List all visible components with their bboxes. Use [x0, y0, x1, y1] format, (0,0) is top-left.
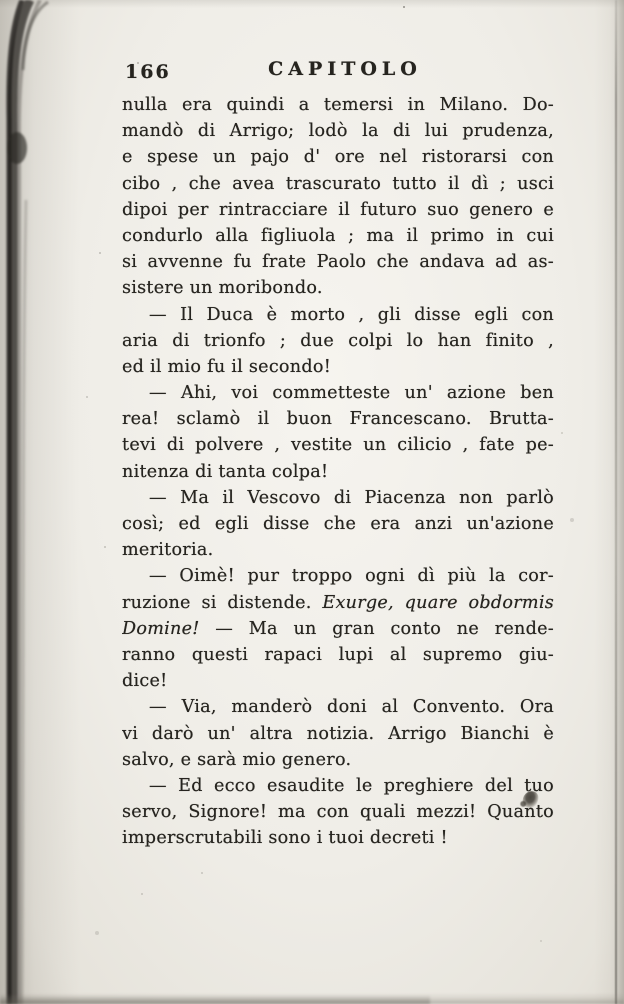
chapter-title: CAPITOLO: [122, 58, 554, 80]
line-text: — Ed ecco esaudite le preghiere del tuo: [149, 776, 554, 796]
text-block: nulla era quindi a temersi in Milano. Do…: [122, 92, 554, 851]
text-line: — Ahi, voi commetteste un' azione ben: [122, 380, 554, 406]
text-line: mandò di Arrigo; lodò la di lui prudenza…: [122, 118, 554, 144]
line-text: — Ma il Vescovo di Piacenza non parlò: [149, 488, 554, 508]
line-text: — Ma un gran conto ne rende-: [200, 619, 554, 639]
line-text: ed il mio fu il secondo!: [122, 357, 331, 377]
book-page-scan: 166 CAPITOLO nulla era quindi a temersi …: [0, 0, 624, 1004]
line-text: sistere un moribondo.: [122, 278, 323, 298]
latin-quote-text: Exurge, quare obdormis: [322, 593, 554, 613]
dust-specks: [0, 0, 2, 2]
text-line: dipoi per rintracciare il futuro suo gen…: [122, 197, 554, 223]
text-line: ruzione si distende. Exurge, quare obdor…: [122, 590, 554, 616]
text-line: Domine! — Ma un gran conto ne rende-: [122, 616, 554, 642]
text-line: così; ed egli disse che era anzi un'azio…: [122, 511, 554, 537]
text-line: salvo, e sarà mio genero.: [122, 747, 554, 773]
text-line: sistere un moribondo.: [122, 275, 554, 301]
line-text: aria di trionfo ; due colpi lo han finit…: [122, 331, 554, 351]
line-text: rea! sclamò il buon Francescano. Brutta-: [122, 409, 554, 429]
line-text: ruzione si distende.: [122, 593, 322, 613]
page-edge-line: [615, 0, 617, 1004]
line-text: — Il Duca è morto , gli disse egli con: [149, 305, 554, 325]
text-line: dice!: [122, 668, 554, 694]
line-text: dice!: [122, 671, 167, 691]
text-line: e spese un pajo d' ore nel ristorarsi co…: [122, 144, 554, 170]
line-text: salvo, e sarà mio genero.: [122, 750, 351, 770]
line-text: condurlo alla figliuola ; ma il primo in…: [122, 226, 554, 246]
text-line: si avvenne fu frate Paolo che andava ad …: [122, 249, 554, 275]
latin-quote-text: Domine!: [122, 619, 200, 639]
line-text: così; ed egli disse che era anzi un'azio…: [122, 514, 554, 534]
page-content: 166 CAPITOLO nulla era quindi a temersi …: [122, 58, 554, 851]
text-line: rea! sclamò il buon Francescano. Brutta-: [122, 406, 554, 432]
text-line: tevi di polvere , vestite un cilicio , f…: [122, 432, 554, 458]
text-line: condurlo alla figliuola ; ma il primo in…: [122, 223, 554, 249]
line-text: — Oimè! pur troppo ogni dì più la cor-: [149, 566, 554, 586]
page-header: 166 CAPITOLO: [122, 58, 554, 90]
bottom-smudge-left: [0, 995, 430, 1004]
text-line: nitenza di tanta colpa!: [122, 459, 554, 485]
text-line: imperscrutabili sono i tuoi decreti !: [122, 825, 554, 851]
line-text: ranno questi rapaci lupi al supremo giu-: [122, 645, 554, 665]
line-text: mandò di Arrigo; lodò la di lui prudenza…: [122, 121, 554, 141]
line-text: si avvenne fu frate Paolo che andava ad …: [122, 252, 554, 272]
text-line: ed il mio fu il secondo!: [122, 354, 554, 380]
line-text: — Via, manderò doni al Convento. Ora: [149, 697, 554, 717]
text-line: ranno questi rapaci lupi al supremo giu-: [122, 642, 554, 668]
line-text: imperscrutabili sono i tuoi decreti !: [122, 828, 448, 848]
line-text: meritoria.: [122, 540, 213, 560]
text-line: vi darò un' altra notizia. Arrigo Bianch…: [122, 721, 554, 747]
text-line: — Il Duca è morto , gli disse egli con: [122, 302, 554, 328]
text-line: — Ma il Vescovo di Piacenza non parlò: [122, 485, 554, 511]
text-line: — Oimè! pur troppo ogni dì più la cor-: [122, 563, 554, 589]
line-text: tevi di polvere , vestite un cilicio , f…: [122, 435, 554, 455]
line-text: — Ahi, voi commetteste un' azione ben: [149, 383, 554, 403]
line-text: dipoi per rintracciare il futuro suo gen…: [122, 200, 554, 220]
text-line: meritoria.: [122, 537, 554, 563]
line-text: vi darò un' altra notizia. Arrigo Bianch…: [122, 724, 554, 744]
text-line: servo, Signore! ma con quali mezzi! Quan…: [122, 799, 554, 825]
line-text: servo, Signore! ma con quali mezzi! Quan…: [122, 802, 554, 822]
text-line: — Ed ecco esaudite le preghiere del tuo: [122, 773, 554, 799]
line-text: nulla era quindi a temersi in Milano. Do…: [122, 95, 554, 115]
text-line: — Via, manderò doni al Convento. Ora: [122, 694, 554, 720]
page-number: 166: [125, 61, 171, 83]
binding-shadow: [0, 0, 80, 1004]
page-edge-right: [616, 0, 624, 1004]
text-line: nulla era quindi a temersi in Milano. Do…: [122, 92, 554, 118]
line-text: cibo , che avea trascurato tutto il dì ;…: [122, 174, 554, 194]
text-line: aria di trionfo ; due colpi lo han finit…: [122, 328, 554, 354]
line-text: e spese un pajo d' ore nel ristorarsi co…: [122, 147, 554, 167]
text-line: cibo , che avea trascurato tutto il dì ;…: [122, 171, 554, 197]
line-text: nitenza di tanta colpa!: [122, 462, 328, 482]
